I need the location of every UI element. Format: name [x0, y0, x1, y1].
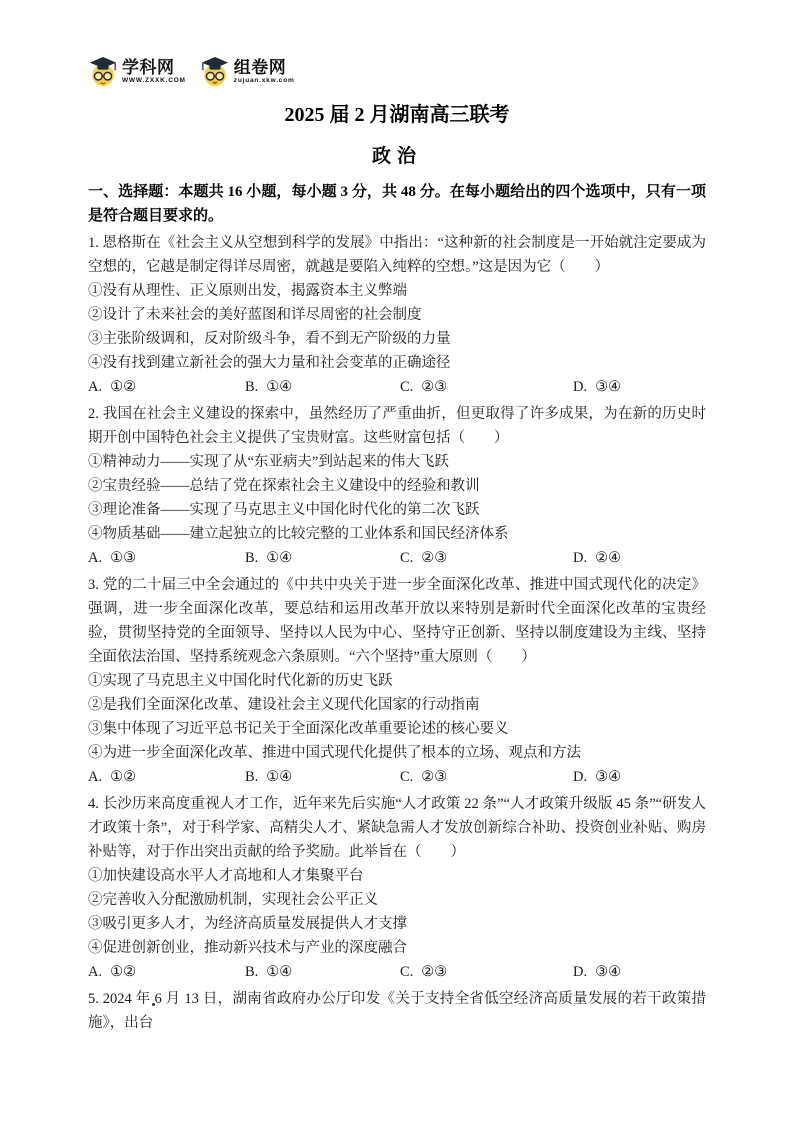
option-d: D.②④: [573, 546, 621, 570]
option-d: D.③④: [573, 375, 621, 399]
question-item-3: ③吸引更多人才，为经济高质量发展提供人才支撑: [88, 912, 706, 936]
logo-name: 学科网: [122, 58, 186, 77]
question-stem: 2. 我国在社会主义建设的探索中，虽然经历了严重曲折，但更取得了许多成果，为在新…: [88, 402, 706, 450]
option-b: B.①④: [245, 765, 400, 789]
question-stem: 1. 恩格斯在《社会主义从空想到科学的发展》中指出：“这种新的社会制度是一开始就…: [88, 231, 706, 279]
exam-page: 学科网 WWW.ZXXK.COM 组卷网 zujuan.xkw.com: [0, 0, 794, 1035]
logo-url: zujuan.xkw.com: [234, 77, 295, 85]
question-4: 4. 长沙历来高度重视人才工作，近年来先后实施“人才政策 22 条”“人才政策升…: [88, 792, 706, 984]
question-item-1: ①实现了马克思主义中国化时代化新的历史飞跃: [88, 669, 706, 693]
question-options: A.①②B.①④C.②③D.③④: [88, 765, 706, 789]
logo-url: WWW.ZXXK.COM: [122, 77, 186, 85]
question-3: 3. 党的二十届三中全会通过的《中共中央关于进一步全面深化改革、推进中国式现代化…: [88, 573, 706, 789]
question-item-1: ①精神动力——实现了从“东亚病夫”到站起来的伟大飞跃: [88, 450, 706, 474]
section-instructions: 一、选择题：本题共 16 小题，每小题 3 分，共 48 分。在每小题给出的四个…: [88, 180, 706, 228]
question-options: A.①②B.①④C.②③D.③④: [88, 375, 706, 399]
option-a: A.①③: [88, 546, 245, 570]
option-b: B.①④: [245, 375, 400, 399]
question-5: 5. 2024 年 6 月 13 日，湖南省政府办公厅印发《关于支持全省低空经济…: [88, 987, 706, 1035]
question-options: A.①③B.①④C.②③D.②④: [88, 546, 706, 570]
question-options: A.①②B.①④C.②③D.③④: [88, 960, 706, 984]
question-item-4: ④物质基础——建立起独立的比较完整的工业体系和国民经济体系: [88, 522, 706, 546]
logo-bar: 学科网 WWW.ZXXK.COM 组卷网 zujuan.xkw.com: [88, 50, 706, 92]
question-item-4: ④没有找到建立新社会的强大力量和社会变革的正确途径: [88, 351, 706, 375]
option-c: C.②③: [400, 546, 573, 570]
question-item-3: ③集中体现了习近平总书记关于全面深化改革重要论述的核心要义: [88, 717, 706, 741]
option-a: A.①②: [88, 960, 245, 984]
question-stem: 4. 长沙历来高度重视人才工作，近年来先后实施“人才政策 22 条”“人才政策升…: [88, 792, 706, 864]
option-b: B.①④: [245, 546, 400, 570]
option-d: D.③④: [573, 765, 621, 789]
logo-zujuanwang: 组卷网 zujuan.xkw.com: [200, 55, 295, 88]
question-item-4: ④促进创新创业，推动新兴技术与产业的深度融合: [88, 936, 706, 960]
option-c: C.②③: [400, 765, 573, 789]
logo-name: 组卷网: [234, 58, 295, 77]
question-item-1: ①没有从理性、正义原则出发，揭露资本主义弊端: [88, 279, 706, 303]
question-item-2: ②是我们全面深化改革、建设社会主义现代化国家的行动指南: [88, 693, 706, 717]
question-item-4: ④为进一步全面深化改革、推进中国式现代化提供了根本的立场、观点和方法: [88, 741, 706, 765]
graduate-face-icon: [88, 55, 118, 88]
option-a: A.①②: [88, 765, 245, 789]
question-2: 2. 我国在社会主义建设的探索中，虽然经历了严重曲折，但更取得了许多成果，为在新…: [88, 402, 706, 570]
question-item-3: ③主张阶级调和，反对阶级斗争，看不到无产阶级的力量: [88, 327, 706, 351]
stray-mark: [152, 1003, 155, 1006]
option-c: C.②③: [400, 960, 573, 984]
logo-text: 组卷网 zujuan.xkw.com: [234, 58, 295, 85]
question-item-2: ②设计了未来社会的美好蓝图和详尽周密的社会制度: [88, 303, 706, 327]
question-item-1: ①加快建设高水平人才高地和人才集聚平台: [88, 864, 706, 888]
option-a: A.①②: [88, 375, 245, 399]
logo-xuekewang: 学科网 WWW.ZXXK.COM: [88, 55, 186, 88]
question-item-2: ②完善收入分配激励机制，实现社会公平正义: [88, 888, 706, 912]
exam-title: 2025 届 2 月湖南高三联考: [88, 102, 706, 128]
question-item-3: ③理论准备——实现了马克思主义中国化时代化的第二次飞跃: [88, 498, 706, 522]
graduate-face-icon: [200, 55, 230, 88]
question-item-2: ②宝贵经验——总结了党在探索社会主义建设中的经验和教训: [88, 474, 706, 498]
logo-text: 学科网 WWW.ZXXK.COM: [122, 58, 186, 85]
question-1: 1. 恩格斯在《社会主义从空想到科学的发展》中指出：“这种新的社会制度是一开始就…: [88, 231, 706, 399]
question-stem: 3. 党的二十届三中全会通过的《中共中央关于进一步全面深化改革、推进中国式现代化…: [88, 573, 706, 669]
exam-subject: 政治: [88, 144, 706, 170]
question-stem: 5. 2024 年 6 月 13 日，湖南省政府办公厅印发《关于支持全省低空经济…: [88, 987, 706, 1035]
option-c: C.②③: [400, 375, 573, 399]
option-b: B.①④: [245, 960, 400, 984]
option-d: D.③④: [573, 960, 621, 984]
